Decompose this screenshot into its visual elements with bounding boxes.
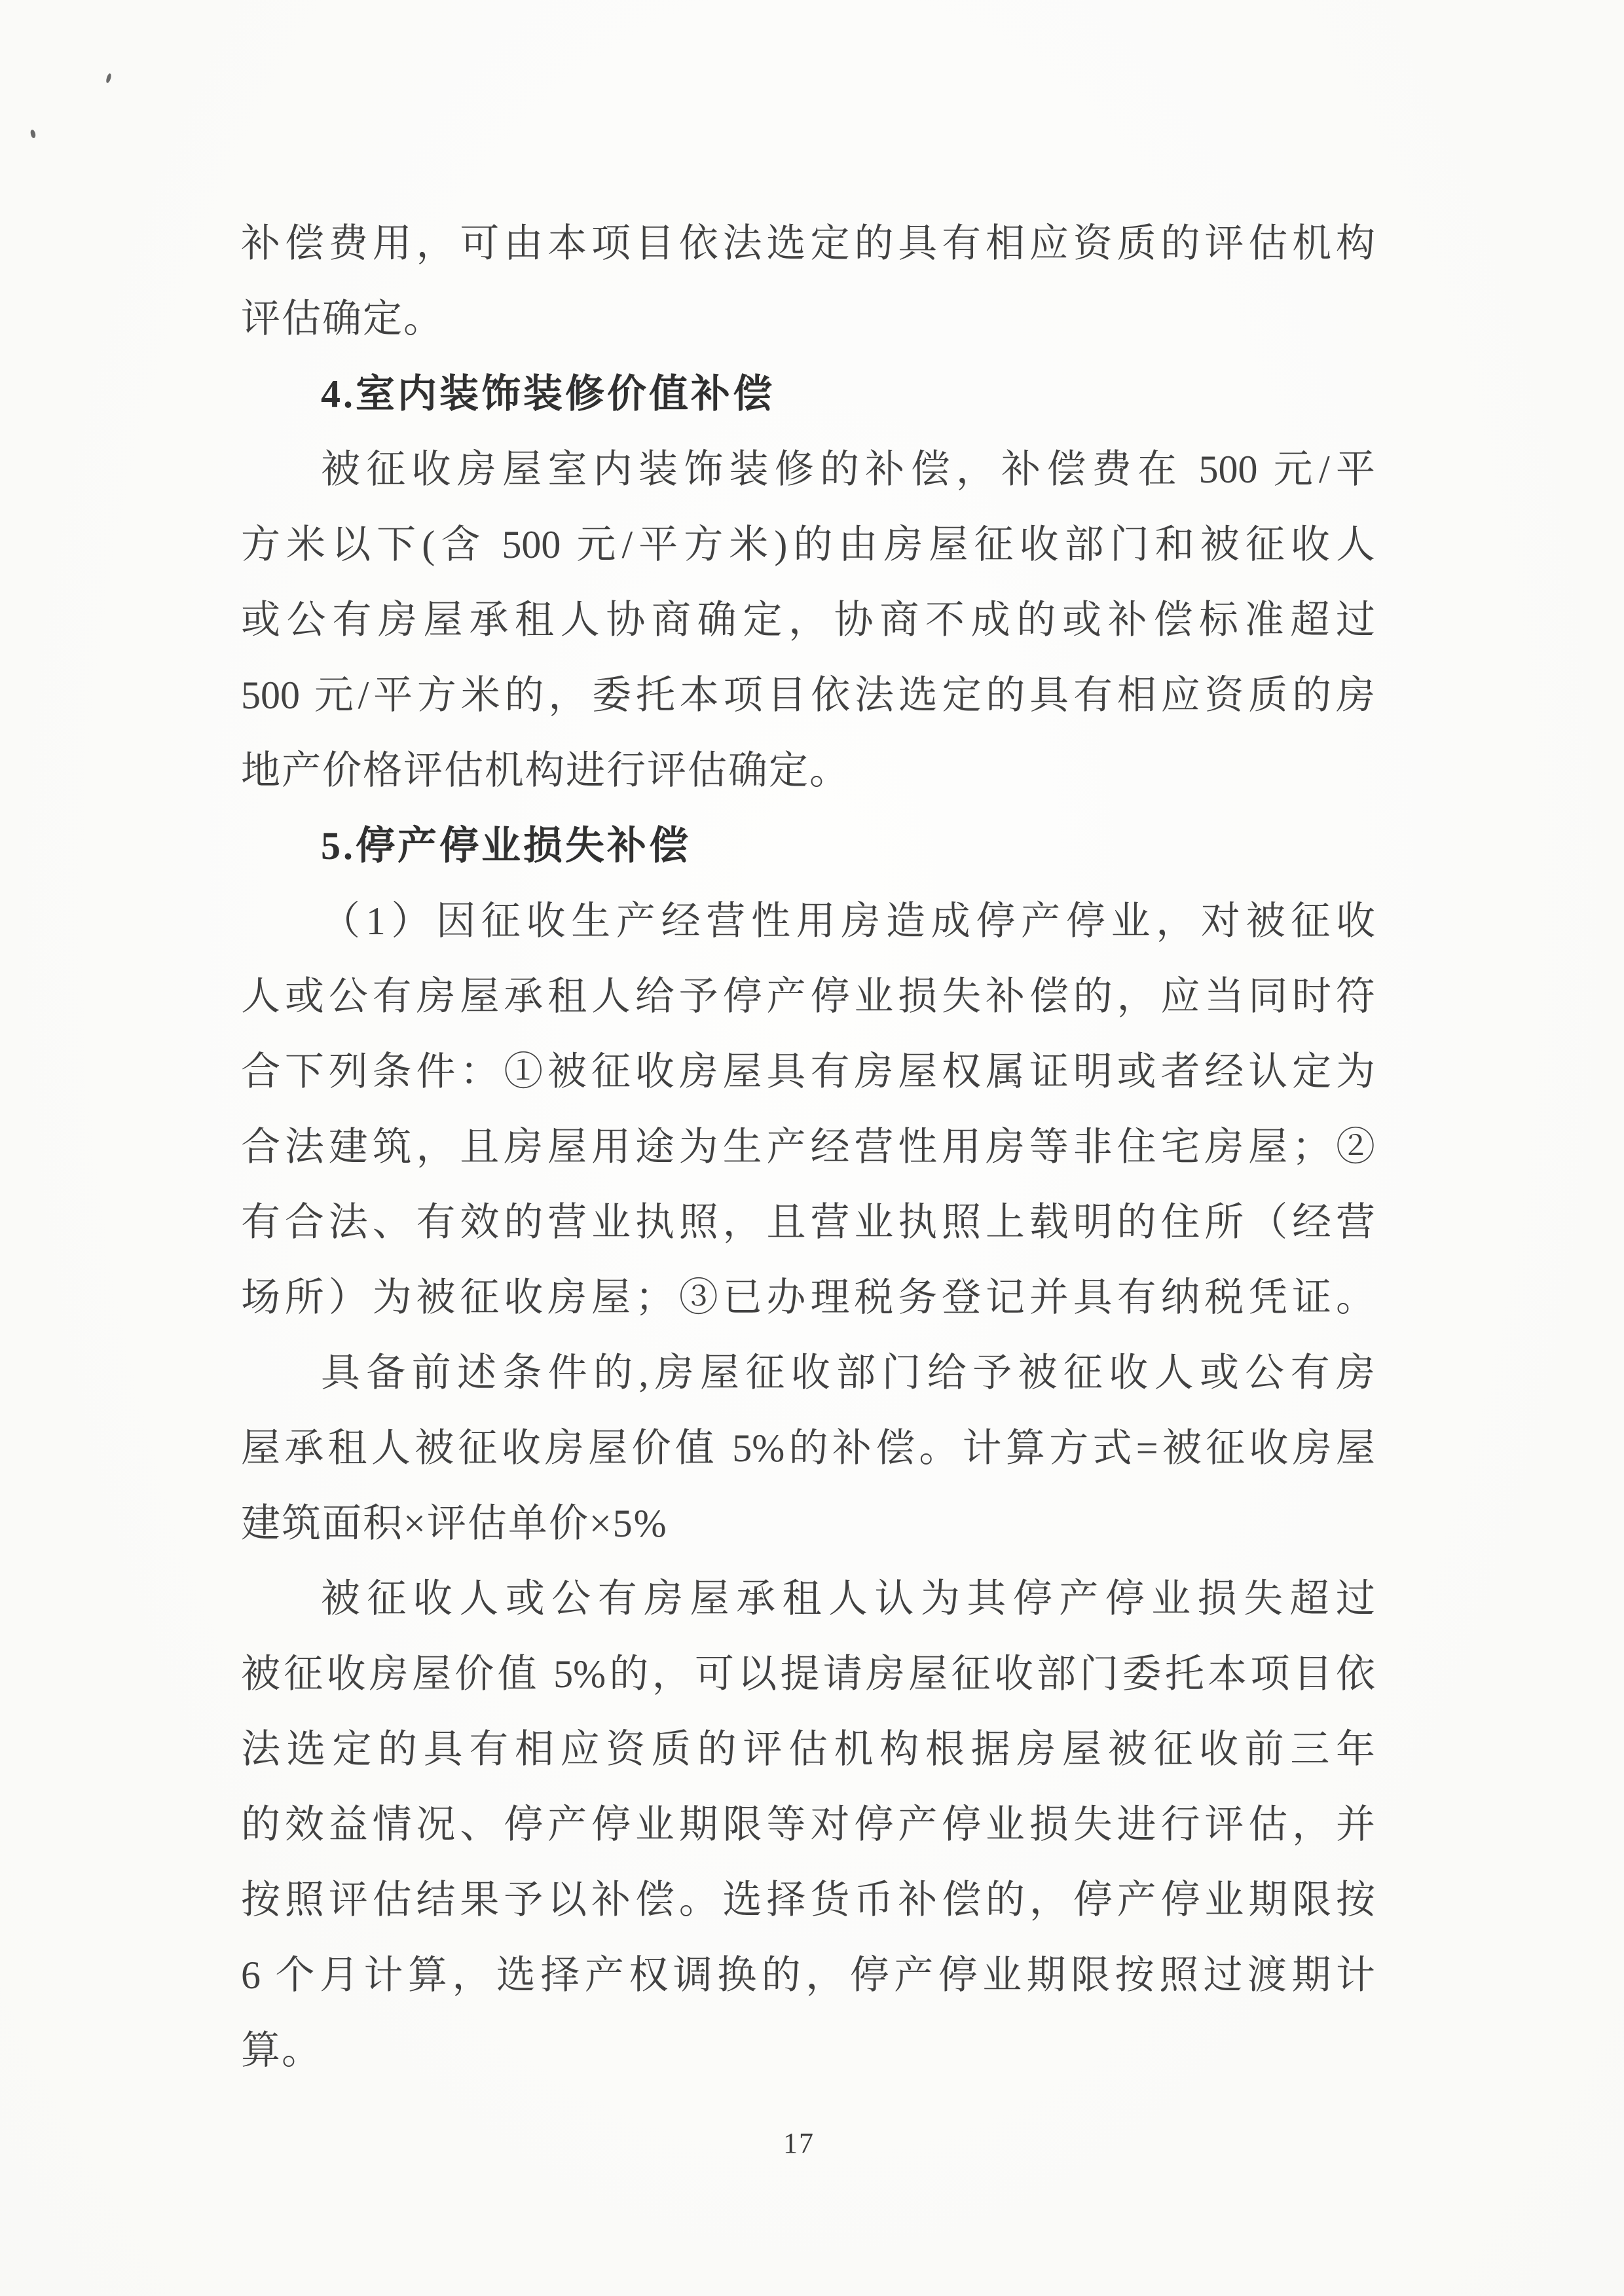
text-line: 法选定的具有相应资质的评估机构根据房屋被征收前三年 [241, 1712, 1375, 1787]
text-line: 合下列条件：①被征收房屋具有房屋权属证明或者经认定为 [241, 1034, 1375, 1110]
section-heading: 4.室内装饰装修价值补偿 [241, 357, 1375, 432]
text-line: 按照评估结果予以补偿。选择货币补偿的，停产停业期限按 [241, 1863, 1375, 1938]
text-line: 6 个月计算，选择产权调换的，停产停业期限按照过渡期计 [241, 1938, 1375, 2013]
text-line: 500 元/平方米的，委托本项目依法选定的具有相应资质的房 [241, 658, 1375, 733]
text-line: 被征收房屋室内装饰装修的补偿，补偿费在 500 元/平 [241, 432, 1375, 507]
text-line: 算。 [241, 2013, 1375, 2088]
text-line: 场所）为被征收房屋；③已办理税务登记并具有纳税凭证。 [241, 1260, 1375, 1336]
scan-speck [30, 129, 37, 138]
text-line: 被征收房屋价值 5%的，可以提请房屋征收部门委托本项目依 [241, 1637, 1375, 1712]
text-line: 人或公有房屋承租人给予停产停业损失补偿的，应当同时符 [241, 959, 1375, 1034]
scan-speck [105, 73, 112, 83]
text-line: 地产价格评估机构进行评估确定。 [241, 733, 1375, 809]
text-line: 方米以下(含 500 元/平方米)的由房屋征收部门和被征收人 [241, 507, 1375, 583]
text-block: 补偿费用，可由本项目依法选定的具有相应资质的评估机构评估确定。4.室内装饰装修价… [241, 206, 1375, 2088]
text-line: 评估确定。 [241, 282, 1375, 357]
text-line: 建筑面积×评估单价×5% [241, 1486, 1375, 1561]
text-line: 屋承租人被征收房屋价值 5%的补偿。计算方式=被征收房屋 [241, 1411, 1375, 1486]
text-line: （1）因征收生产经营性用房造成停产停业，对被征收 [241, 884, 1375, 959]
text-line: 合法建筑，且房屋用途为生产经营性用房等非住宅房屋；② [241, 1110, 1375, 1185]
text-line: 被征收人或公有房屋承租人认为其停产停业损失超过 [241, 1561, 1375, 1637]
section-heading: 5.停产停业损失补偿 [241, 809, 1375, 884]
text-line: 具备前述条件的,房屋征收部门给予被征收人或公有房 [241, 1336, 1375, 1411]
text-line: 有合法、有效的营业执照，且营业执照上载明的住所（经营 [241, 1185, 1375, 1260]
text-line: 补偿费用，可由本项目依法选定的具有相应资质的评估机构 [241, 206, 1375, 282]
text-line: 的效益情况、停产停业期限等对停产停业损失进行评估，并 [241, 1787, 1375, 1863]
document-page: 补偿费用，可由本项目依法选定的具有相应资质的评估机构评估确定。4.室内装饰装修价… [0, 0, 1624, 2296]
text-line: 或公有房屋承租人协商确定，协商不成的或补偿标准超过 [241, 583, 1375, 658]
page-number: 17 [750, 2126, 848, 2160]
